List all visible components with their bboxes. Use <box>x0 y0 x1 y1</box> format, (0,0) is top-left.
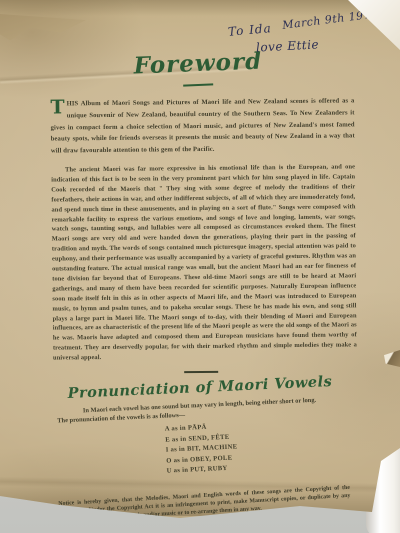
pronunciation-section: Pronunciation of Maori Vowels In Maori e… <box>0 370 400 485</box>
paragraph-1-text: HIS Album of Maori Songs and Pictures of… <box>51 97 355 154</box>
section-divider-rule <box>184 371 218 373</box>
printed-content: Foreword THIS Album of Maori Songs and P… <box>0 0 400 518</box>
foreword-heading: Foreword <box>0 42 398 84</box>
foreword-body: THIS Album of Maori Songs and Pictures o… <box>50 95 357 363</box>
paragraph-2: The ancient Maori was far more expressiv… <box>51 162 357 363</box>
dropcap-letter: T <box>50 99 64 116</box>
heading-underline-rule <box>183 83 213 86</box>
vowel-list: A as in PĀPĀ E as in SEND, FÊTE I as in … <box>165 414 400 478</box>
photo-of-book-foreword-page: Foreword THIS Album of Maori Songs and P… <box>0 0 400 533</box>
paragraph-1: THIS Album of Maori Songs and Pictures o… <box>50 95 355 157</box>
aged-book-page: Foreword THIS Album of Maori Songs and P… <box>0 0 400 533</box>
